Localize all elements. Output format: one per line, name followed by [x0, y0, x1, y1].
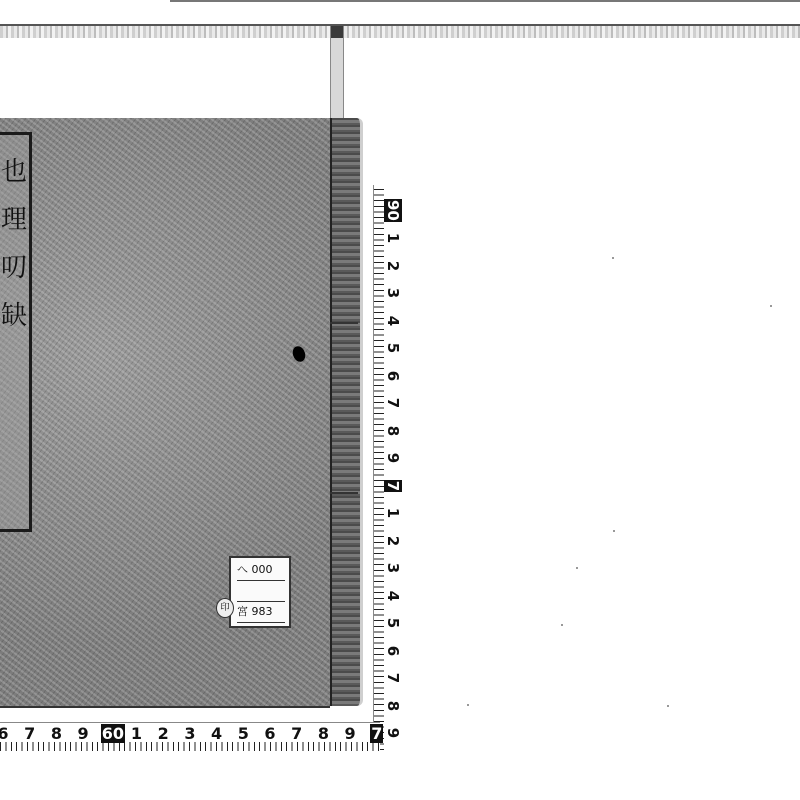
label-row-3: 宮 983	[237, 602, 285, 623]
ruler-number: 4	[208, 724, 226, 743]
ruler-number: 1	[384, 504, 402, 522]
ruler-number: 6	[384, 642, 402, 660]
ruler-number: 4	[384, 312, 402, 330]
title-char: 叨	[0, 253, 29, 283]
label-row-1: へ 000	[237, 560, 285, 581]
ruler-number: 6	[0, 724, 12, 743]
ruler-number: 6	[384, 367, 402, 385]
ruler-number: 7	[384, 669, 402, 687]
ruler-number: 8	[384, 697, 402, 715]
ruler-number: 60	[101, 724, 119, 743]
ruler-ticks	[374, 185, 384, 750]
ruler-number: 3	[384, 559, 402, 577]
ruler-number: 5	[384, 614, 402, 632]
ruler-number: 8	[314, 724, 332, 743]
title-char: 也	[0, 157, 29, 187]
ruler-number: 9	[341, 724, 359, 743]
spine-stitch	[330, 492, 358, 494]
ruler-number: 3	[181, 724, 199, 743]
ruler-number: 2	[154, 724, 172, 743]
ruler-number: 1	[128, 724, 146, 743]
title-slip: 也 理 叨 缺	[0, 132, 32, 532]
ruler-number: 9	[74, 724, 92, 743]
ruler-label: 90	[384, 199, 402, 217]
ruler-number: 5	[384, 339, 402, 357]
vertical-ruler: 901234567897123456789	[373, 185, 402, 750]
ruler-number: 9	[384, 449, 402, 467]
ruler-number: 1	[384, 229, 402, 247]
ruler-number: 7	[368, 724, 386, 743]
ruler-number: 8	[384, 422, 402, 440]
scan-edge-line	[170, 0, 800, 2]
ruler-number: 9	[384, 724, 402, 742]
ruler-number: 4	[384, 587, 402, 605]
library-stamp: 印	[216, 598, 234, 618]
ruler-number: 7	[288, 724, 306, 743]
bookmark-tab	[330, 26, 344, 122]
ruler-number: 2	[384, 532, 402, 550]
scan-border-strip	[0, 24, 800, 38]
horizontal-ruler: 6789601234567897	[0, 722, 380, 751]
ruler-ticks	[0, 742, 380, 751]
spine-stitch	[330, 322, 358, 324]
label-row-2	[237, 581, 285, 602]
ruler-number: 7	[384, 477, 402, 495]
ruler-number: 7	[21, 724, 39, 743]
title-char: 缺	[0, 301, 29, 331]
book-spine	[330, 118, 363, 706]
catalog-label: へ 000 宮 983	[229, 556, 291, 628]
ruler-number: 6	[261, 724, 279, 743]
ruler-number: 7	[384, 394, 402, 412]
ruler-number: 8	[47, 724, 65, 743]
ruler-number: 2	[384, 257, 402, 275]
ruler-number: 3	[384, 284, 402, 302]
title-char: 理	[0, 205, 29, 235]
ruler-number: 5	[234, 724, 252, 743]
